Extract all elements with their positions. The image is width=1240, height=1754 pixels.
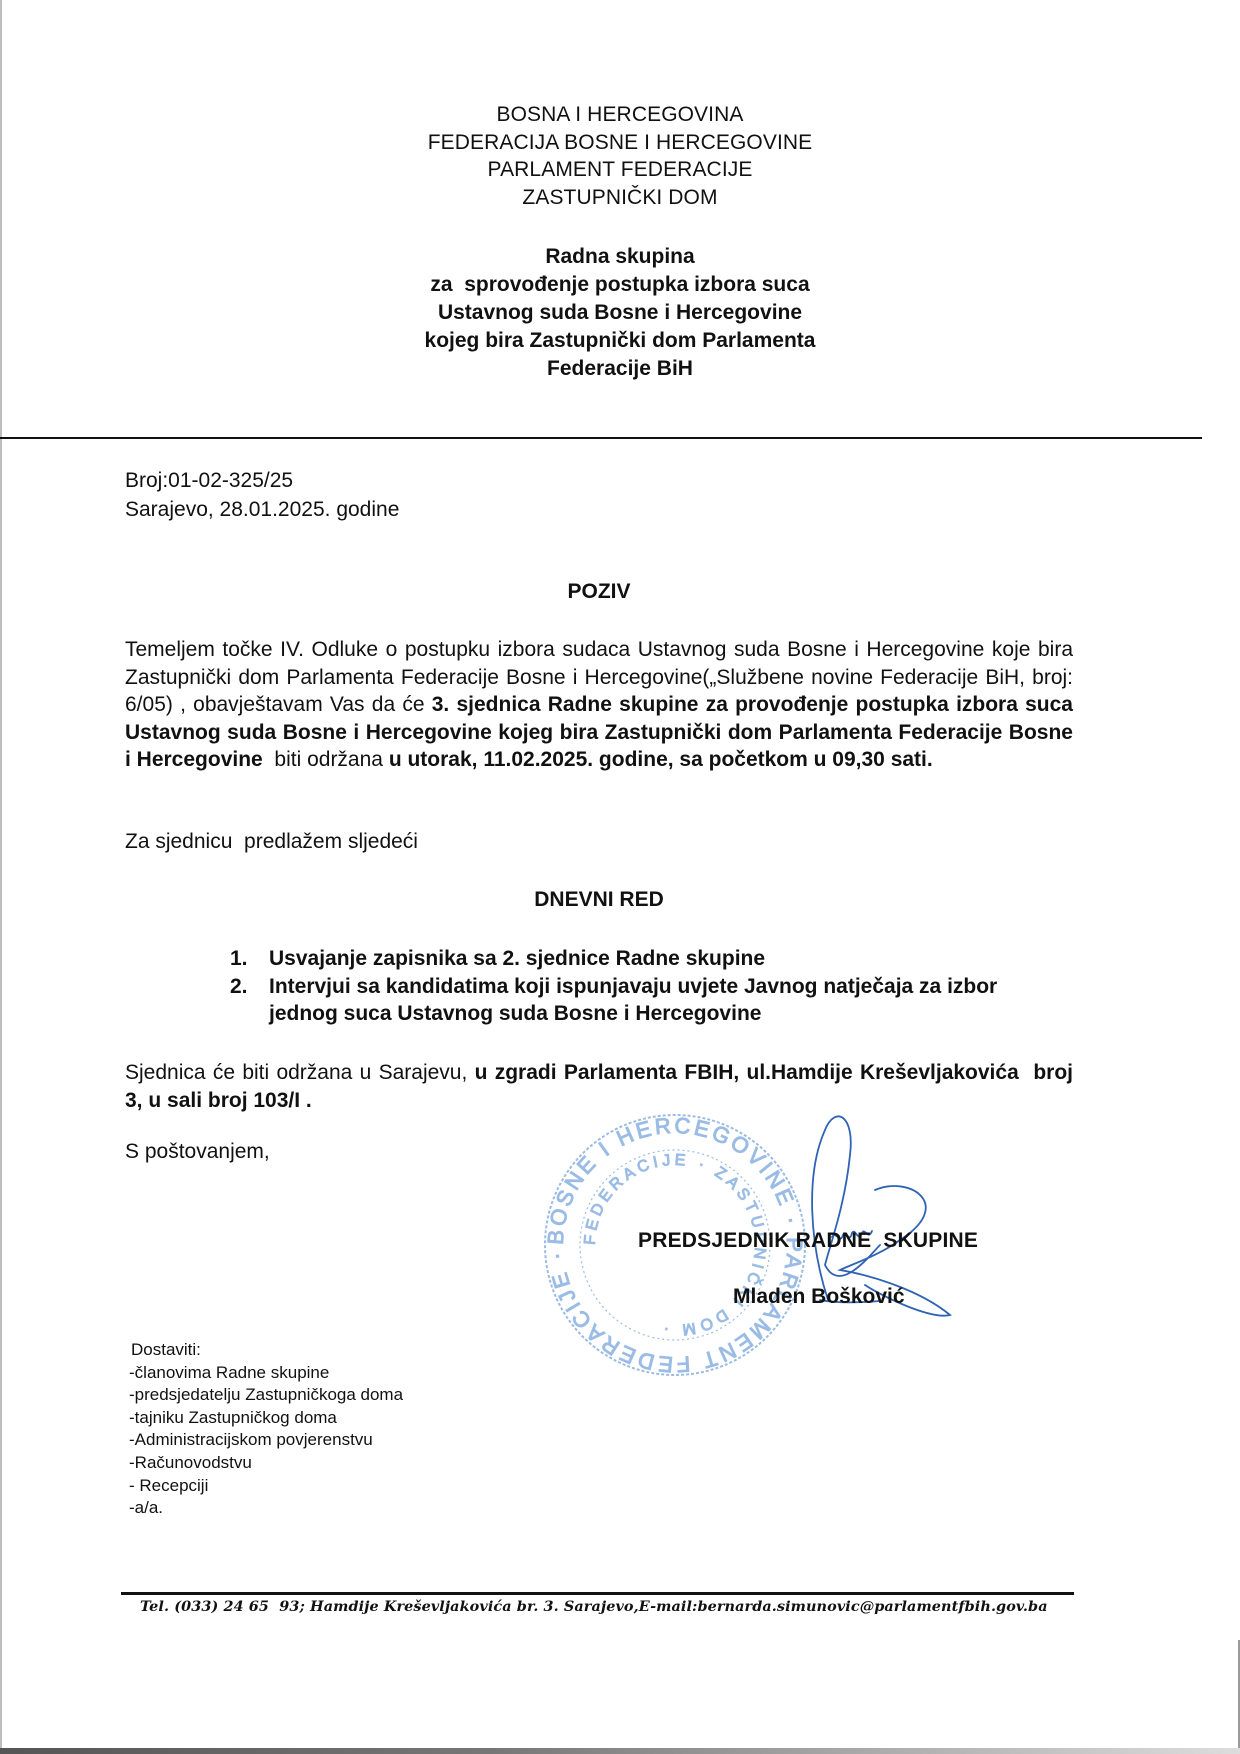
location-text: Sjednica će biti održana u Sarajevu,	[125, 1061, 475, 1084]
institution-header: BOSNA I HERCEGOVINA FEDERACIJA BOSNE I H…	[0, 101, 1240, 211]
agenda-item-number: 2.	[230, 973, 269, 1028]
agenda-intro: Za sjednicu predlažem sljedeći	[125, 830, 418, 854]
distribution-item: -Administracijskom povjerenstvu	[129, 1429, 403, 1452]
scan-edge-bottom	[0, 1748, 1240, 1754]
agenda-list: 1. Usvajanje zapisnika sa 2. sjednice Ra…	[230, 945, 1060, 1028]
subheader-line: kojeg bira Zastupnički dom Parlamenta	[0, 327, 1240, 355]
header-divider	[0, 437, 1202, 439]
subheader-line: Federacije BiH	[0, 355, 1240, 383]
agenda-title: DNEVNI RED	[0, 888, 1198, 912]
agenda-item-number: 1.	[230, 945, 269, 973]
signer-role: PREDSJEDNIK RADNE SKUPINE	[638, 1229, 978, 1253]
distribution-item: -a/a.	[129, 1497, 403, 1520]
distribution-item: -Računovodstvu	[129, 1452, 403, 1475]
header-country: BOSNA I HERCEGOVINA	[0, 101, 1240, 129]
greeting: S poštovanjem,	[125, 1140, 270, 1164]
invitation-paragraph: Temeljem točke IV. Odluke o postupku izb…	[125, 636, 1073, 774]
subheader-line: Radna skupina	[0, 243, 1240, 271]
footer-divider	[121, 1592, 1074, 1595]
agenda-item: 1. Usvajanje zapisnika sa 2. sjednice Ra…	[230, 945, 1060, 973]
distribution-item: -članovima Radne skupine	[129, 1362, 403, 1385]
place-date: Sarajevo, 28.01.2025. godine	[125, 496, 399, 525]
signer-name: Mladen Bošković	[733, 1285, 905, 1309]
distribution-item: -tajniku Zastupničkog doma	[129, 1407, 403, 1430]
working-group-header: Radna skupina za sprovođenje postupka iz…	[0, 243, 1240, 383]
session-datetime: u utorak, 11.02.2025. godine, sa početko…	[389, 748, 933, 771]
subheader-line: za sprovođenje postupka izbora suca	[0, 271, 1240, 299]
header-federation: FEDERACIJA BOSNE I HERCEGOVINE	[0, 129, 1240, 157]
header-house: ZASTUPNIČKI DOM	[0, 184, 1240, 212]
document-title: POZIV	[0, 580, 1198, 604]
subheader-line: Ustavnog suda Bosne i Hercegovine	[0, 299, 1240, 327]
contact-footer: Tel. (033) 24 65 93; Hamdije Kreševljako…	[140, 1598, 1048, 1615]
header-parliament: PARLAMENT FEDERACIJE	[0, 156, 1240, 184]
agenda-item: 2. Intervjui sa kandidatima koji ispunja…	[230, 973, 1060, 1028]
distribution-item: - Recepciji	[129, 1475, 403, 1498]
distribution-list: Dostaviti: -članovima Radne skupine -pre…	[129, 1339, 403, 1520]
distribution-label: Dostaviti:	[129, 1339, 403, 1362]
invitation-text-mid: biti održana	[263, 748, 389, 771]
reference-number: Broj:01-02-325/25	[125, 467, 399, 496]
distribution-item: -predsjedatelju Zastupničkoga doma	[129, 1384, 403, 1407]
document-meta: Broj:01-02-325/25 Sarajevo, 28.01.2025. …	[125, 467, 399, 524]
agenda-item-text: Usvajanje zapisnika sa 2. sjednice Radne…	[269, 945, 765, 973]
agenda-item-text: Intervjui sa kandidatima koji ispunjavaj…	[269, 973, 1060, 1028]
